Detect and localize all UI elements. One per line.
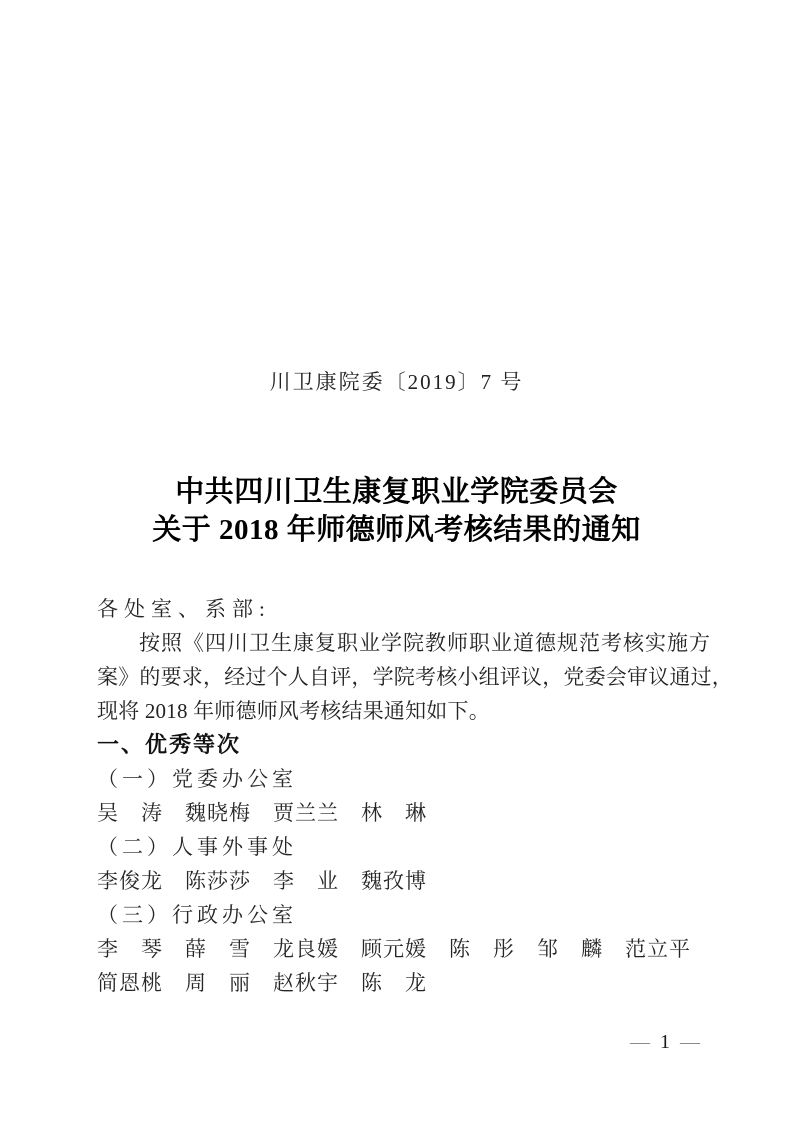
name-list: 吴 涛 魏晓梅 贾兰兰 林 琳	[97, 796, 713, 830]
page-number-value: 1	[658, 1031, 672, 1053]
paragraph-line-2: 案》的要求，经过个人自评，学院考核小组评议，党委会审议通过，	[97, 660, 713, 694]
title-line-2: 关于 2018 年师德师风考核结果的通知	[0, 511, 793, 549]
document-body: 各处室、系部: 按照《四川卫生康复职业学院教师职业道德规范考核实施方 案》的要求…	[97, 592, 713, 1000]
section-heading-excellent-grade: 一、优秀等次	[97, 728, 713, 762]
title-line-1: 中共四川卫生康复职业学院委员会	[0, 473, 793, 511]
name-list: 李 琴 薛 雪 龙良媛 顾元媛 陈 彤 邹 麟 范立平	[97, 932, 713, 966]
paragraph-line-3: 现将 2018 年师德师风考核结果通知如下。	[97, 694, 713, 728]
page-number: — 1 —	[627, 1030, 703, 1054]
document-number: 川卫康院委〔2019〕7 号	[0, 366, 793, 396]
page-number-dash-right: —	[677, 1031, 703, 1053]
name-list: 简恩桃 周 丽 赵秋宇 陈 龙	[97, 966, 713, 1000]
document-page: 川卫康院委〔2019〕7 号 中共四川卫生康复职业学院委员会 关于 2018 年…	[0, 0, 793, 1122]
subsection-label-administrative-office: （三）行政办公室	[97, 898, 713, 932]
subsection-label-hr-foreign-affairs-office: （二）人事外事处	[97, 830, 713, 864]
name-list: 李俊龙 陈莎莎 李 业 魏孜博	[97, 864, 713, 898]
page-number-dash-left: —	[627, 1031, 653, 1053]
document-title: 中共四川卫生康复职业学院委员会 关于 2018 年师德师风考核结果的通知	[0, 473, 793, 549]
salutation: 各处室、系部:	[97, 592, 713, 626]
subsection-label-party-committee-office: （一）党委办公室	[97, 762, 713, 796]
paragraph-line-1: 按照《四川卫生康复职业学院教师职业道德规范考核实施方	[97, 626, 713, 660]
